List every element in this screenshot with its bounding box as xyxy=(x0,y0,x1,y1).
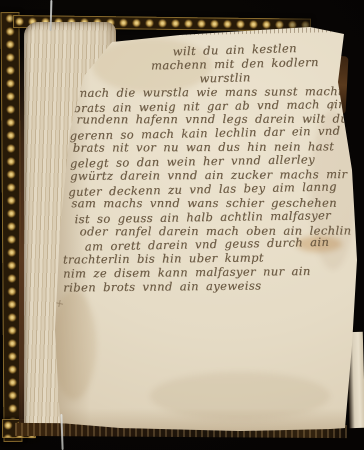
page-stain xyxy=(150,372,330,420)
manuscript-photo: wilt du ain kestlen machenn mit den kodl… xyxy=(0,0,364,450)
manuscript-line: riben brots vnnd ain ayeweiss xyxy=(63,279,359,296)
manuscript-text: wilt du ain kestlen machenn mit den kodl… xyxy=(61,42,360,295)
margin-mark xyxy=(55,299,63,307)
